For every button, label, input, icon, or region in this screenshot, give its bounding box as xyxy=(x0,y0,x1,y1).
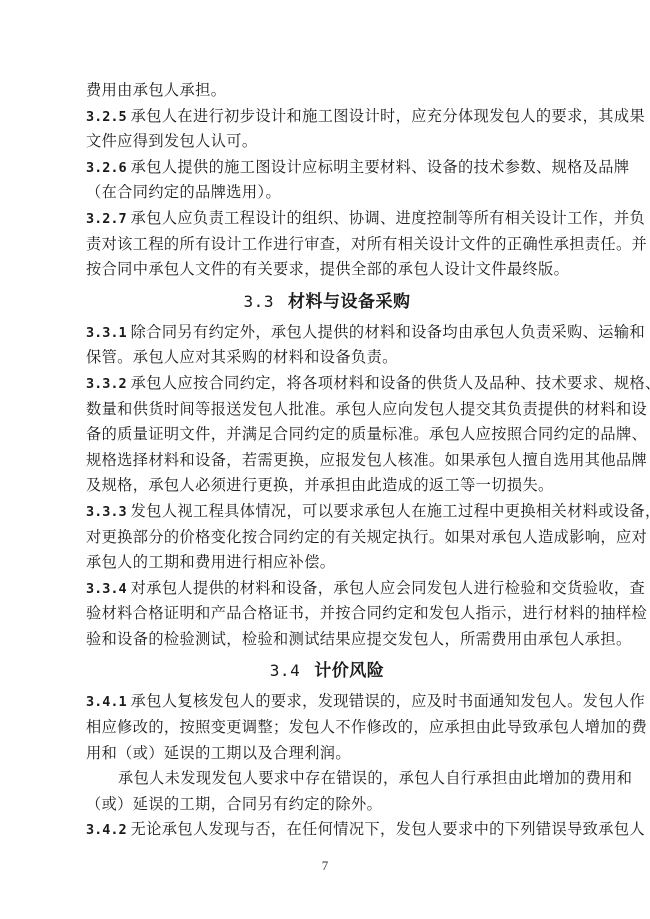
text-line: 验材料合格证明和产品合格证书，并按合同约定和发包人指示，进行材料的抽样检 xyxy=(86,601,568,627)
clause-number: 3.2.7 xyxy=(86,211,127,227)
clause-line: 3.3.2承包人应按合同约定，将各项材料和设备的供货人及品种、技术要求、规格、 xyxy=(86,371,568,397)
clause-line: 3.3.4对承包人提供的材料和设备，承包人应会同发包人进行检验和交货验收，查 xyxy=(86,576,568,602)
section-heading: 3.4计价风险 xyxy=(86,652,568,689)
line-text: 承包人提供的施工图设计应标明主要材料、设备的技术参数、规格及品牌 xyxy=(131,158,630,176)
text-line: （或）延误的工期，合同另有约定的除外。 xyxy=(86,792,568,818)
line-text: （或）延误的工期，合同另有约定的除外。 xyxy=(86,795,382,813)
clause-number: 3.4.2 xyxy=(86,822,127,838)
clause-number: 3.3.4 xyxy=(86,581,127,597)
page-number: 7 xyxy=(0,858,650,874)
line-text: 备的质量证明文件，并满足合同约定的质量标准。承包人应按照合同约定的品牌、 xyxy=(86,425,647,443)
section-number: 3.4 xyxy=(270,661,300,680)
line-text: 数量和供货时间等报送发包人批准。承包人应向发包人提交其负责提供的材料和设 xyxy=(86,400,647,418)
line-text: 及规格，承包人必须进行更换，并承担由此造成的返工等一切损失。 xyxy=(86,476,554,494)
document-page: 费用由承包人承担。3.2.5承包人在进行初步设计和施工图设计时，应充分体现发包人… xyxy=(86,78,568,843)
line-text: 用和（或）延误的工期以及合理利润。 xyxy=(86,744,351,762)
text-line: （在合同约定的品牌选用）。 xyxy=(86,180,568,206)
clause-number: 3.3.3 xyxy=(86,504,127,520)
clause-line: 3.3.3发包人视工程具体情况，可以要求承包人在施工过程中更换相关材料或设备， xyxy=(86,499,568,525)
line-text: 承包人在进行初步设计和施工图设计时，应充分体现发包人的要求，其成果 xyxy=(131,107,645,125)
line-text: 责对该工程的所有设计工作进行审查，对所有相关设计文件的正确性承担责任。并 xyxy=(86,235,647,253)
text-line: 用和（或）延误的工期以及合理利润。 xyxy=(86,741,568,767)
clause-number: 3.3.1 xyxy=(86,325,127,341)
line-text: 承包人复核发包人的要求，发现错误的，应及时书面通知发包人。发包人作 xyxy=(131,692,645,710)
clause-line: 3.4.2无论承包人发现与否，在任何情况下，发包人要求中的下列错误导致承包人 xyxy=(86,817,568,843)
text-line: 对更换部分的价格变化按合同约定的有关规定执行。如果对承包人造成影响，应对 xyxy=(86,525,568,551)
line-text: 承包人应负责工程设计的组织、协调、进度控制等所有相关设计工作，并负 xyxy=(131,209,645,227)
line-text: 承包人未发现发包人要求中存在错误的，承包人自行承担由此增加的费用和 xyxy=(118,769,632,787)
line-text: 发包人视工程具体情况，可以要求承包人在施工过程中更换相关材料或设备， xyxy=(131,502,650,520)
text-line: 承包人的工期和费用进行相应补偿。 xyxy=(86,550,568,576)
text-line: 承包人未发现发包人要求中存在错误的，承包人自行承担由此增加的费用和 xyxy=(86,766,568,792)
line-text: 验材料合格证明和产品合格证书，并按合同约定和发包人指示，进行材料的抽样检 xyxy=(86,604,647,622)
text-line: 规格选择材料和设备，若需更换，应报发包人核准。如果承包人擅自选用其他品牌 xyxy=(86,448,568,474)
text-line: 文件应得到发包人认可。 xyxy=(86,129,568,155)
clause-line: 3.4.1承包人复核发包人的要求，发现错误的，应及时书面通知发包人。发包人作 xyxy=(86,689,568,715)
line-text: 除合同另有约定外，承包人提供的材料和设备均由承包人负责采购、运输和 xyxy=(131,323,645,341)
clause-line: 3.2.5承包人在进行初步设计和施工图设计时，应充分体现发包人的要求，其成果 xyxy=(86,104,568,130)
line-text: 保管。承包人应对其采购的材料和设备负责。 xyxy=(86,348,398,366)
line-text: 承包人的工期和费用进行相应补偿。 xyxy=(86,553,335,571)
text-line: 验和设备的检验测试，检验和测试结果应提交发包人，所需费用由承包人承担。 xyxy=(86,627,568,653)
line-text: （在合同约定的品牌选用）。 xyxy=(86,183,281,201)
text-line: 相应修改的，按照变更调整；发包人不作修改的，应承担由此导致承包人增加的费 xyxy=(86,715,568,741)
clause-number: 3.4.1 xyxy=(86,694,127,710)
text-line: 保管。承包人应对其采购的材料和设备负责。 xyxy=(86,345,568,371)
clause-line: 3.2.6承包人提供的施工图设计应标明主要材料、设备的技术参数、规格及品牌 xyxy=(86,155,568,181)
line-text: 相应修改的，按照变更调整；发包人不作修改的，应承担由此导致承包人增加的费 xyxy=(86,718,647,736)
text-line: 数量和供货时间等报送发包人批准。承包人应向发包人提交其负责提供的材料和设 xyxy=(86,397,568,423)
section-heading: 3.3材料与设备采购 xyxy=(86,283,568,320)
text-line: 及规格，承包人必须进行更换，并承担由此造成的返工等一切损失。 xyxy=(86,473,568,499)
line-text: 费用由承包人承担。 xyxy=(86,81,226,99)
section-title: 材料与设备采购 xyxy=(288,292,411,312)
clause-line: 3.2.7承包人应负责工程设计的组织、协调、进度控制等所有相关设计工作，并负 xyxy=(86,206,568,232)
line-text: 验和设备的检验测试，检验和测试结果应提交发包人，所需费用由承包人承担。 xyxy=(86,630,632,648)
line-text: 文件应得到发包人认可。 xyxy=(86,132,257,150)
line-text: 无论承包人发现与否，在任何情况下，发包人要求中的下列错误导致承包人 xyxy=(131,820,645,838)
clause-number: 3.2.5 xyxy=(86,109,127,125)
line-text: 规格选择材料和设备，若需更换，应报发包人核准。如果承包人擅自选用其他品牌 xyxy=(86,451,647,469)
text-line: 按合同中承包人文件的有关要求，提供全部的承包人设计文件最终版。 xyxy=(86,257,568,283)
section-number: 3.3 xyxy=(244,292,274,311)
text-line: 备的质量证明文件，并满足合同约定的质量标准。承包人应按照合同约定的品牌、 xyxy=(86,422,568,448)
text-line: 费用由承包人承担。 xyxy=(86,78,568,104)
line-text: 对承包人提供的材料和设备，承包人应会同发包人进行检验和交货验收，查 xyxy=(131,579,645,597)
line-text: 承包人应按合同约定，将各项材料和设备的供货人及品种、技术要求、规格、 xyxy=(131,374,650,392)
clause-number: 3.2.6 xyxy=(86,160,127,176)
section-title: 计价风险 xyxy=(314,661,384,681)
clause-number: 3.3.2 xyxy=(86,376,127,392)
text-line: 责对该工程的所有设计工作进行审查，对所有相关设计文件的正确性承担责任。并 xyxy=(86,232,568,258)
clause-line: 3.3.1除合同另有约定外，承包人提供的材料和设备均由承包人负责采购、运输和 xyxy=(86,320,568,346)
line-text: 对更换部分的价格变化按合同约定的有关规定执行。如果对承包人造成影响，应对 xyxy=(86,528,647,546)
line-text: 按合同中承包人文件的有关要求，提供全部的承包人设计文件最终版。 xyxy=(86,260,569,278)
